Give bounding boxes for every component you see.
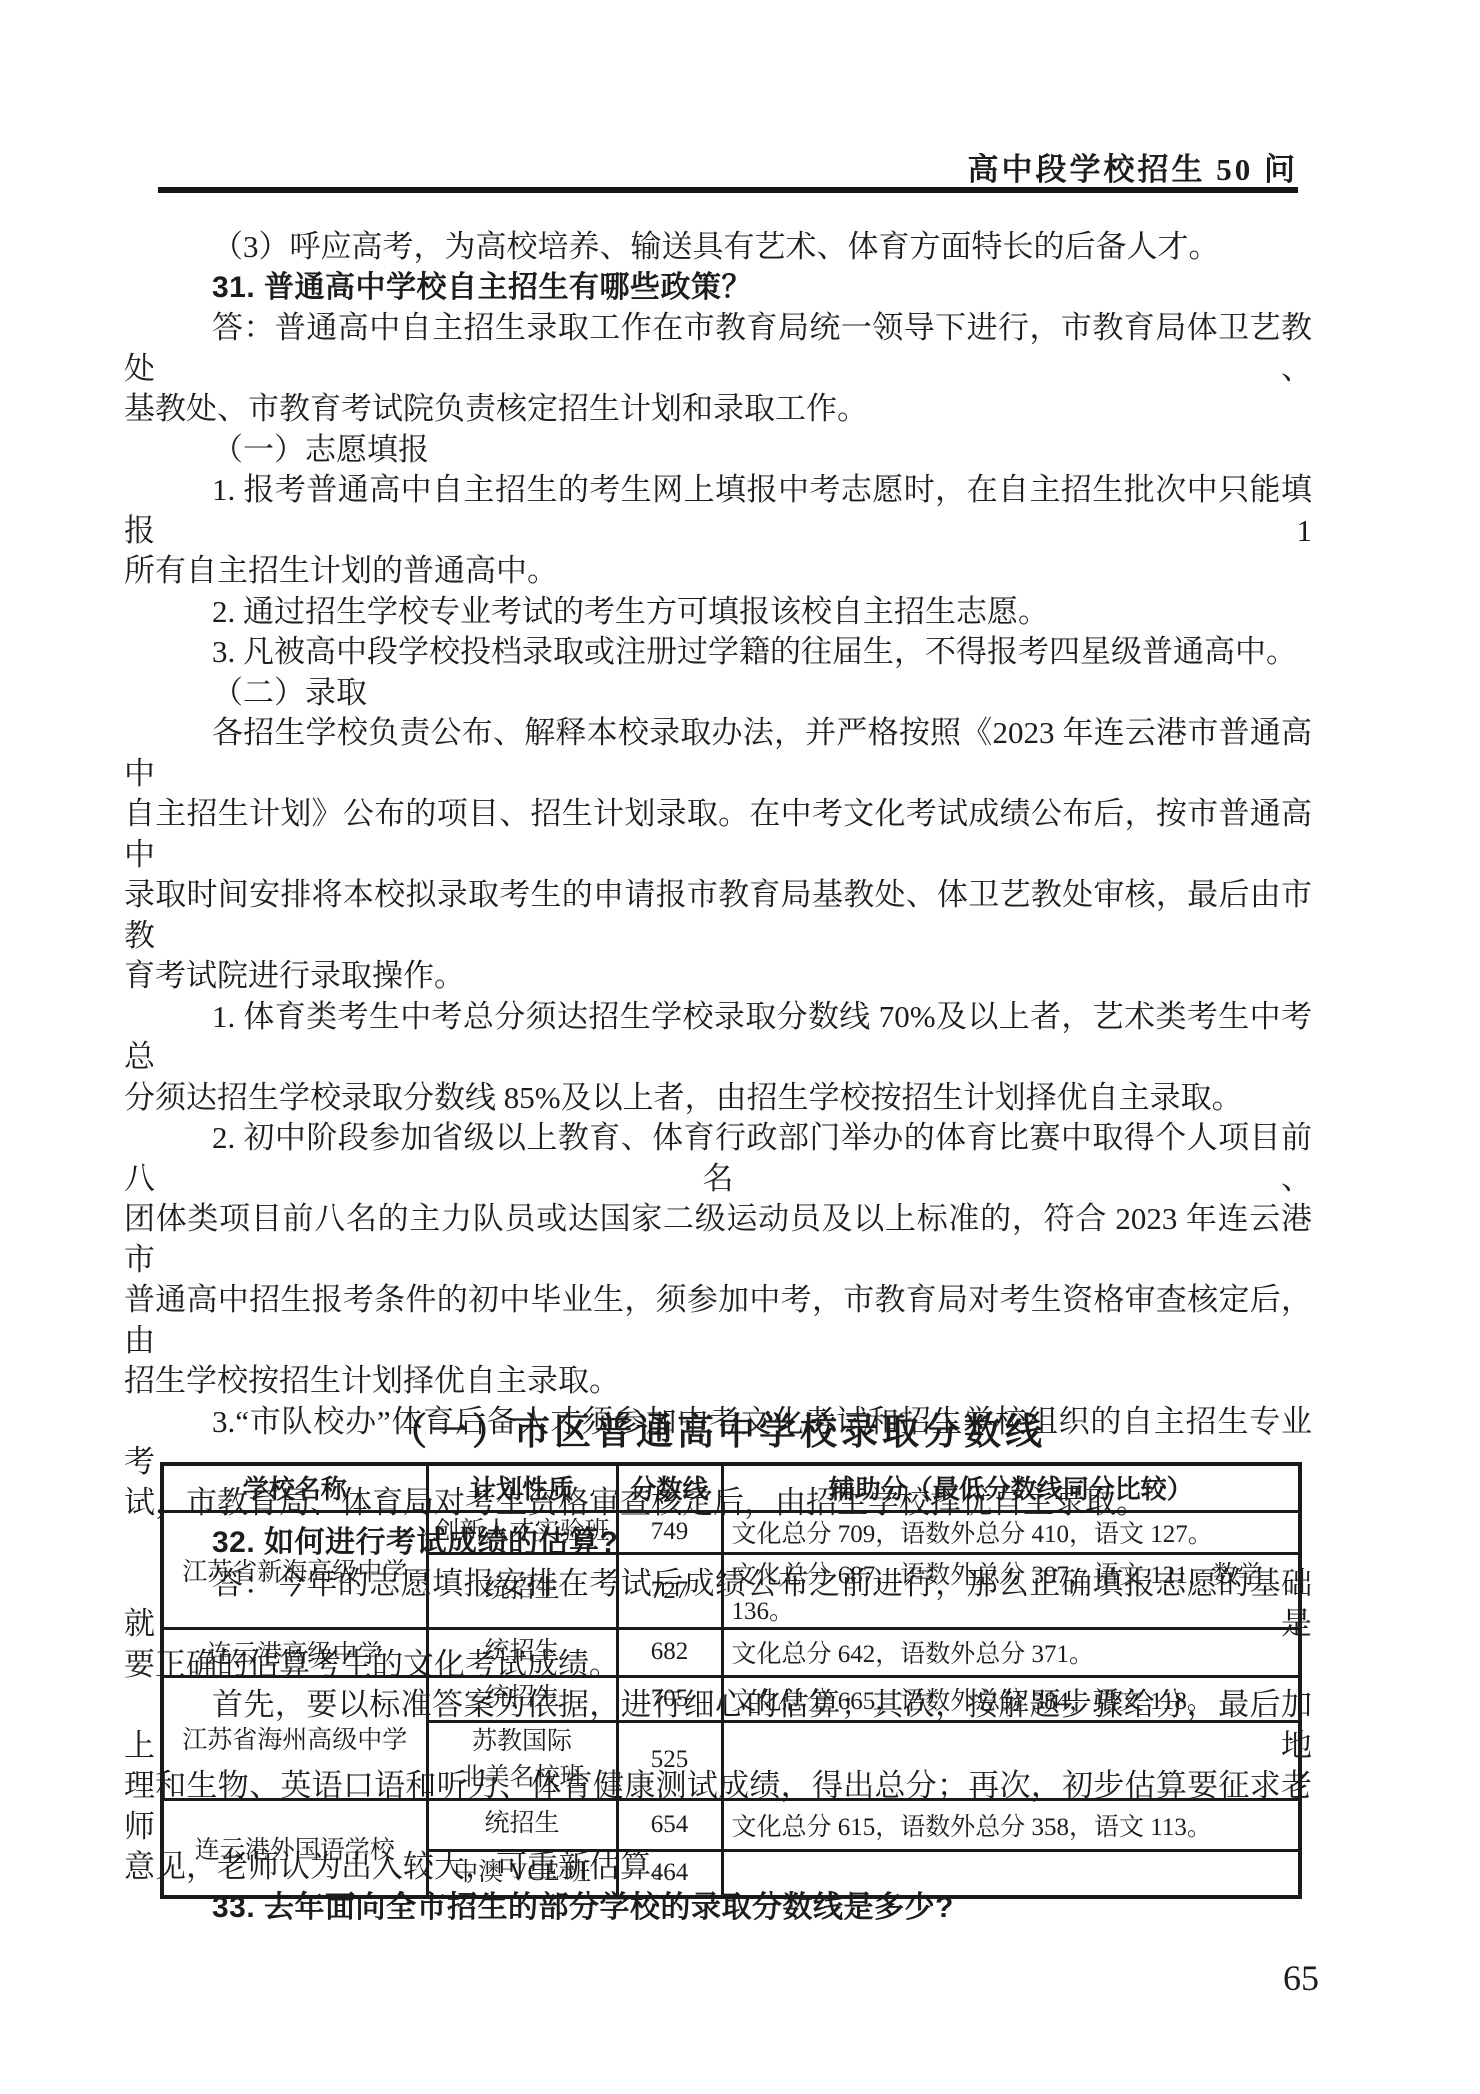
- body-line: 招生学校按招生计划择优自主录取。: [124, 1361, 1312, 1402]
- body-line: （3）呼应高考，为高校培养、输送具有艺术、体育方面特长的后备人才。: [124, 227, 1312, 268]
- body-line: 基教处、市教育考试院负责核定招生计划和录取工作。: [124, 389, 1312, 430]
- score-line-cell: 727: [617, 1553, 722, 1628]
- score-line-cell: 464: [617, 1850, 722, 1897]
- body-line: 团体类项目前八名的主力队员或达国家二级运动员及以上标准的，符合 2023 年连云…: [124, 1199, 1312, 1280]
- aux-score-cell: 文化总分 642，语数外总分 371。: [722, 1628, 1300, 1676]
- plan-type-cell: 统招生: [427, 1676, 617, 1721]
- table-row: 连云港外国语学校统招生654文化总分 615，语数外总分 358，语文 113。: [162, 1799, 1300, 1850]
- body-line: 1. 体育类考生中考总分须达招生学校录取分数线 70%及以上者，艺术类考生中考总: [124, 997, 1312, 1078]
- plan-type-cell: 统招生: [427, 1628, 617, 1676]
- column-header: 学校名称: [162, 1464, 427, 1511]
- body-line: 自主招生计划》公布的项目、招生计划录取。在中考文化考试成绩公布后，按市普通高中: [124, 794, 1312, 875]
- score-line-cell: 749: [617, 1511, 722, 1553]
- body-line: 育考试院进行录取操作。: [124, 956, 1312, 997]
- section-title: （一）市区普通高中学校录取分数线: [124, 1401, 1312, 1455]
- body-line: （二）录取: [124, 673, 1312, 714]
- school-name-cell: 江苏省新海高级中学: [162, 1511, 427, 1628]
- score-line-cell: 654: [617, 1799, 722, 1850]
- document-page: 高中段学校招生 50 问 （3）呼应高考，为高校培养、输送具有艺术、体育方面特长…: [0, 0, 1480, 2094]
- body-line: 答：普通高中自主招生录取工作在市教育局统一领导下进行，市教育局体卫艺教处、: [124, 308, 1312, 389]
- aux-score-cell: 文化总分 665，语数外总分 384，语文 118。: [722, 1676, 1300, 1721]
- aux-score-cell: [722, 1721, 1300, 1799]
- body-line: 2. 初中阶段参加省级以上教育、体育行政部门举办的体育比赛中取得个人项目前八名、: [124, 1118, 1312, 1199]
- column-header: 计划性质: [427, 1464, 617, 1511]
- aux-score-cell: 文化总分 687，语数外总分 397，语文 121，数学 136。: [722, 1553, 1300, 1628]
- aux-score-cell: [722, 1850, 1300, 1897]
- aux-score-cell: 文化总分 615，语数外总分 358，语文 113。: [722, 1799, 1300, 1850]
- score-table-body: 江苏省新海高级中学创新人才实验班749文化总分 709，语数外总分 410，语文…: [162, 1511, 1300, 1897]
- question-heading: 31. 普通高中学校自主招生有哪些政策？: [124, 268, 1312, 309]
- body-line: 2. 通过招生学校专业考试的考生方可填报该校自主招生志愿。: [124, 592, 1312, 633]
- score-line-cell: 525: [617, 1721, 722, 1799]
- plan-type-cell: 苏教国际 北美名校班: [427, 1721, 617, 1799]
- column-header: 分数线: [617, 1464, 722, 1511]
- aux-score-cell: 文化总分 709，语数外总分 410，语文 127。: [722, 1511, 1300, 1553]
- plan-type-cell: 统招生: [427, 1799, 617, 1850]
- body-line: 1. 报考普通高中自主招生的考生网上填报中考志愿时，在自主招生批次中只能填报 1: [124, 470, 1312, 551]
- score-table: 学校名称计划性质分数线辅助分（最低分数线同分比较） 江苏省新海高级中学创新人才实…: [160, 1462, 1302, 1899]
- body-line: 所有自主招生计划的普通高中。: [124, 551, 1312, 592]
- page-number: 65: [1283, 1957, 1319, 1999]
- score-line-cell: 705: [617, 1676, 722, 1721]
- header-rule: [158, 187, 1298, 193]
- school-name-cell: 连云港外国语学校: [162, 1799, 427, 1897]
- plan-type-cell: 创新人才实验班: [427, 1511, 617, 1553]
- body-line: 各招生学校负责公布、解释本校录取办法，并严格按照《2023 年连云港市普通高中: [124, 713, 1312, 794]
- running-header: 高中段学校招生 50 问: [968, 144, 1299, 189]
- column-header: 辅助分（最低分数线同分比较）: [722, 1464, 1300, 1511]
- school-name-cell: 江苏省海州高级中学: [162, 1676, 427, 1799]
- plan-type-cell: 中澳 VCE 班: [427, 1850, 617, 1897]
- body-line: （一）志愿填报: [124, 430, 1312, 471]
- table-row: 江苏省新海高级中学创新人才实验班749文化总分 709，语数外总分 410，语文…: [162, 1511, 1300, 1553]
- body-line: 普通高中招生报考条件的初中毕业生，须参加中考，市教育局对考生资格审查核定后，由: [124, 1280, 1312, 1361]
- body-line: 录取时间安排将本校拟录取考生的申请报市教育局基教处、体卫艺教处审核，最后由市教: [124, 875, 1312, 956]
- table-row: 江苏省海州高级中学统招生705文化总分 665，语数外总分 384，语文 118…: [162, 1676, 1300, 1721]
- body-line: 分须达招生学校录取分数线 85%及以上者，由招生学校按招生计划择优自主录取。: [124, 1078, 1312, 1119]
- body-line: 3. 凡被高中段学校投档录取或注册过学籍的往届生，不得报考四星级普通高中。: [124, 632, 1312, 673]
- school-name-cell: 连云港高级中学: [162, 1628, 427, 1676]
- plan-type-cell: 统招生: [427, 1553, 617, 1628]
- table-row: 连云港高级中学统招生682文化总分 642，语数外总分 371。: [162, 1628, 1300, 1676]
- score-line-cell: 682: [617, 1628, 722, 1676]
- score-table-header: 学校名称计划性质分数线辅助分（最低分数线同分比较）: [162, 1464, 1300, 1511]
